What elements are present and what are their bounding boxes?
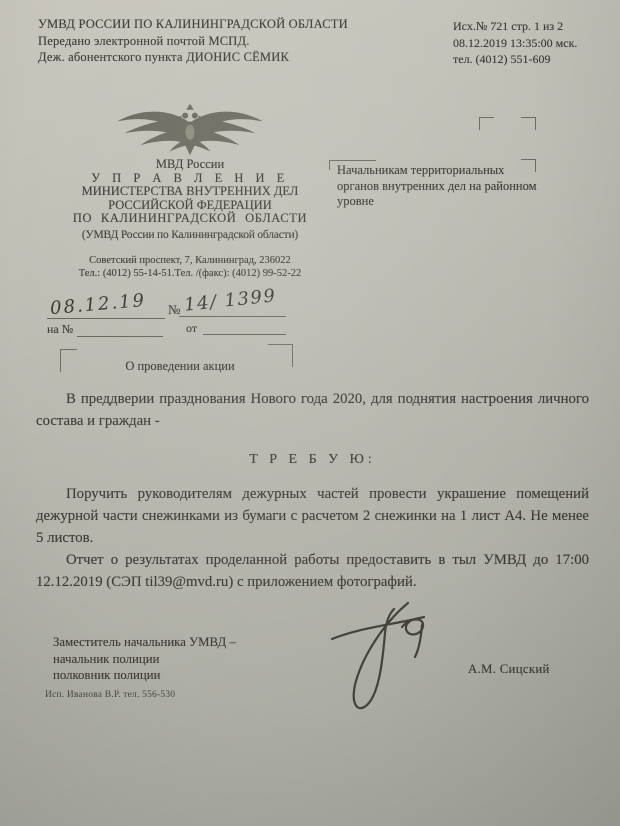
org-name-short: МВД России	[55, 158, 325, 172]
corner-mark	[329, 160, 376, 170]
reply-number-underline	[77, 336, 163, 337]
addressee-line: уровне	[337, 194, 577, 210]
executor-line: Исп. Иванова В.Р. тел. 556-530	[45, 690, 175, 700]
reply-date-underline	[203, 334, 286, 335]
transmission-header-left: УМВД РОССИИ ПО КАЛИНИНГРАДСКОЙ ОБЛАСТИ П…	[38, 16, 348, 66]
org-postal-address: Советский проспект, 7, Калининград, 2360…	[55, 254, 325, 267]
transmission-header-right: Исх.№ 721 стр. 1 из 2 08.12.2019 13:35:0…	[453, 18, 577, 68]
letterhead: МВД России У П Р А В Л Е Н И Е МИНИСТЕРС…	[55, 100, 325, 280]
transmission-method-line: Передано электронной почтой МСПД.	[38, 33, 348, 50]
org-phone-fax: Тел.: (4012) 55-14-51.Тел. /(факс): (401…	[55, 267, 325, 280]
org-name-upravlenie: У П Р А В Л Е Н И Е	[55, 172, 325, 186]
body-paragraph-intro: В преддверии празднования Нового года 20…	[36, 389, 589, 433]
org-name-abbrev: (УМВД России по Калининградской области)	[55, 229, 325, 243]
body-paragraph-report: Отчет о результатах проделанной работы п…	[36, 550, 589, 594]
reply-to-number-label: на №	[47, 322, 73, 337]
transmission-datetime-line: 08.12.2019 13:35:00 мск.	[453, 35, 577, 52]
org-name-ministry: МИНИСТЕРСТВА ВНУТРЕННИХ ДЕЛ	[55, 185, 325, 199]
signer-position-line: начальник полиции	[53, 651, 236, 668]
letter-body: В преддверии празднования Нового года 20…	[36, 389, 589, 593]
demand-heading: Т Р Е Б У Ю:	[36, 449, 589, 471]
corner-mark	[521, 159, 536, 172]
outgoing-number-line: Исх.№ 721 стр. 1 из 2	[453, 18, 577, 35]
reply-from-date-label: от	[186, 321, 197, 336]
org-name-federation: РОССИЙСКОЙ ФЕДЕРАЦИИ	[55, 199, 325, 213]
handwritten-signature	[316, 597, 441, 722]
mvd-double-headed-eagle-emblem-icon	[115, 100, 265, 158]
transmission-phone-line: тел. (4012) 551-609	[453, 51, 577, 68]
addressee-line: органов внутренних дел на районном	[337, 179, 577, 195]
number-underline	[179, 316, 286, 317]
signer-name: А.М. Сицский	[468, 662, 550, 677]
org-name-region: ПО КАЛИНИНГРАДСКОЙ ОБЛАСТИ	[55, 212, 325, 226]
corner-mark	[479, 117, 494, 130]
body-paragraph-order: Поручить руководителям дежурных частей п…	[36, 484, 589, 549]
handwritten-date: 08.12.19	[49, 290, 147, 319]
signer-position-line: полковник полиции	[53, 667, 236, 684]
corner-mark	[521, 117, 536, 130]
signer-position-block: Заместитель начальника УМВД – начальник …	[53, 634, 236, 684]
sender-org-line: УМВД РОССИИ ПО КАЛИНИНГРАДСКОЙ ОБЛАСТИ	[38, 16, 348, 33]
duty-point-line: Деж. абонентского пункта ДИОНИС СЁМИК	[38, 49, 348, 66]
signer-position-line: Заместитель начальника УМВД –	[53, 634, 236, 651]
date-underline	[47, 318, 165, 319]
handwritten-document-number: 14/ 1399	[183, 285, 277, 316]
scanned-official-letter: УМВД РОССИИ ПО КАЛИНИНГРАДСКОЙ ОБЛАСТИ П…	[0, 0, 620, 826]
document-subject: О проведении акции	[0, 359, 360, 374]
